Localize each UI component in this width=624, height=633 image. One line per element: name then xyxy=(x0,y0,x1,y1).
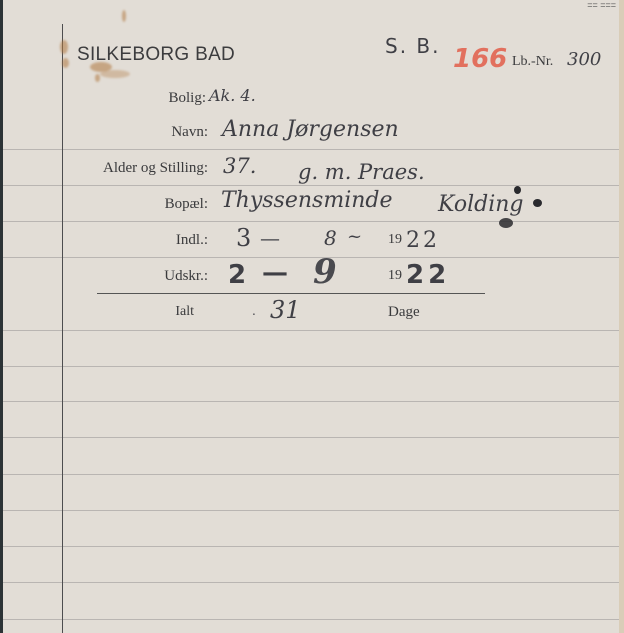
ruled-line xyxy=(3,257,619,258)
indl-year-suffix: 22 xyxy=(406,228,440,253)
total-separator-line xyxy=(97,293,485,294)
ruled-line xyxy=(3,366,619,367)
record-card xyxy=(3,0,619,633)
indl-tilde: ~ xyxy=(347,226,362,247)
udskr-dash: — xyxy=(262,258,288,288)
bolig-value: Ak. 4. xyxy=(209,86,256,105)
ruled-line xyxy=(3,546,619,547)
ink-blot xyxy=(514,186,521,194)
ink-blot xyxy=(533,199,542,207)
ruled-line xyxy=(3,185,619,186)
ruled-line xyxy=(3,330,619,331)
indl-day: 3 xyxy=(236,224,251,252)
ruled-line xyxy=(3,221,619,222)
indl-year-prefix: 19 xyxy=(388,232,402,248)
alder-value: 37. xyxy=(223,154,256,178)
bopael-label: Bopæl: xyxy=(100,196,208,213)
indl-month: 8 xyxy=(324,226,337,250)
corner-mark: == === xyxy=(587,0,616,10)
ialt-value: 31 xyxy=(270,296,301,324)
ruled-line xyxy=(3,619,619,620)
dage-label: Dage xyxy=(388,304,420,321)
udskr-label: Udskr.: xyxy=(100,268,208,285)
bolig-label: Bolig: xyxy=(100,90,206,107)
bopael-value: Thyssensminde xyxy=(221,188,393,213)
page-left-edge xyxy=(0,0,3,633)
ruled-line xyxy=(3,149,619,150)
ialt-dot: . xyxy=(252,304,256,318)
rust-stain xyxy=(122,10,126,22)
udskr-month: 9 xyxy=(313,252,337,292)
lb-nr-value: 300 xyxy=(567,49,601,70)
ruled-line xyxy=(3,401,619,402)
udskr-year-suffix: 22 xyxy=(406,260,450,290)
navn-label: Navn: xyxy=(100,124,208,141)
ruled-line xyxy=(3,437,619,438)
ruled-line xyxy=(3,474,619,475)
rust-stain xyxy=(95,74,100,82)
alder-stilling-label: Alder og Stilling: xyxy=(70,160,208,177)
bopael-city: Kolding xyxy=(438,192,524,217)
stilling-value: g. m. Praes. xyxy=(298,160,425,184)
ialt-label: Ialt xyxy=(100,304,194,320)
page-right-edge xyxy=(619,0,624,633)
rust-stain xyxy=(62,58,69,68)
margin-line xyxy=(62,24,63,633)
lb-nr-label: Lb.-Nr. xyxy=(512,54,553,70)
indl-dash: — xyxy=(260,226,280,250)
udskr-year-prefix: 19 xyxy=(388,268,402,284)
ruled-line xyxy=(3,582,619,583)
sb-mark: S. B. xyxy=(385,34,441,58)
institution-title: SILKEBORG BAD xyxy=(77,44,235,66)
udskr-day: 2 xyxy=(228,260,246,290)
navn-value: Anna Jørgensen xyxy=(222,117,399,142)
indl-label: Indl.: xyxy=(100,232,208,249)
ink-blot xyxy=(499,218,513,228)
ruled-line xyxy=(3,510,619,511)
rust-stain xyxy=(100,70,130,78)
rust-stain xyxy=(60,40,68,54)
red-pencil-number: 166 xyxy=(453,44,507,74)
